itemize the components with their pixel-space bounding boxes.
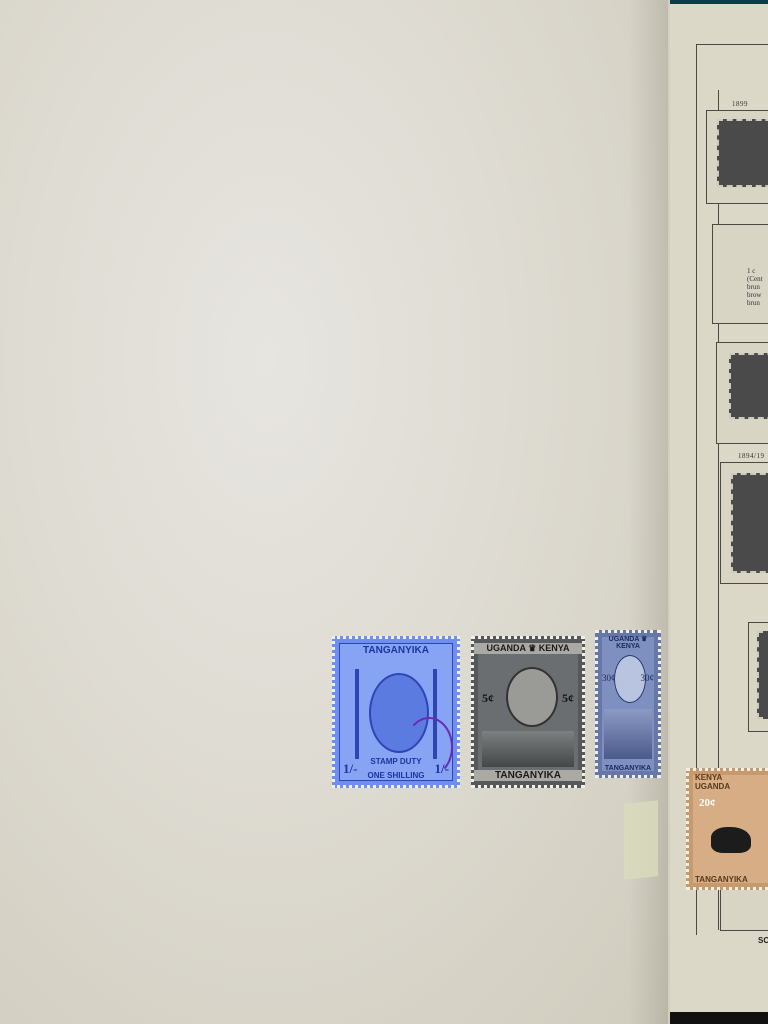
postmark-cancel xyxy=(405,717,453,777)
album-slot xyxy=(748,622,768,732)
stamp-kut-20c-lion: KENYA UGANDA 20¢ TANGANYIKA xyxy=(686,768,768,890)
mounted-stamp xyxy=(757,631,768,719)
lion-icon xyxy=(711,827,751,853)
stamp-ukt-30c: UGANDA ♛ KENYA TANGANYIKA 30¢ 30¢ xyxy=(595,630,661,778)
slot-line: (Cent xyxy=(747,275,763,283)
mounted-stamp xyxy=(729,353,768,419)
stamp-hinge xyxy=(624,800,658,880)
slot-description: 1 c (Cent brun brow brun xyxy=(747,267,763,307)
stamp-country-bottom: TANGANYIKA xyxy=(695,875,768,884)
stamp-country: UGANDA ♛ KENYA xyxy=(598,635,658,650)
slot-line: brun xyxy=(747,283,763,291)
stamp-vignette xyxy=(482,731,574,767)
left-album-page xyxy=(0,0,668,1024)
stamp-country: UGANDA xyxy=(695,782,768,791)
stamp-tanganyika-1-shilling: TANGANYIKA STAMP DUTY ONE SHILLING 1/- 1… xyxy=(332,636,460,788)
year-label: 1899 xyxy=(732,100,748,108)
stamp-value: 1/- xyxy=(343,761,357,777)
mounted-stamp xyxy=(731,473,768,573)
page-footer: SC xyxy=(758,936,768,945)
slot-line: brow xyxy=(747,291,763,299)
stamp-value: 20¢ xyxy=(699,797,716,809)
album-photo: 1899 1 c (Cent brun brow brun 1894/19 SC… xyxy=(0,0,768,1024)
stamp-value: 30¢ xyxy=(602,673,616,683)
album-slot xyxy=(716,342,768,444)
year-label: 1894/19 xyxy=(738,452,764,460)
stamp-country: KENYA xyxy=(695,773,768,782)
stamp-value: 5¢ xyxy=(482,691,494,706)
stamp-country-bottom: TANGANYIKA xyxy=(598,765,658,772)
slot-line: brun xyxy=(747,299,763,307)
portrait-oval xyxy=(506,667,558,727)
album-slot: 1 c (Cent brun brow brun xyxy=(712,224,768,324)
album-slot xyxy=(706,110,768,204)
stamp-ukt-5c: UGANDA ♛ KENYA TANGANYIKA 5¢ 5¢ xyxy=(471,636,585,788)
stamp-vignette xyxy=(604,709,652,759)
stamp-country: TANGANYIKA xyxy=(335,645,457,656)
slot-line: 1 c xyxy=(747,267,763,275)
stamp-value: 30¢ xyxy=(641,673,655,683)
palm-tree-icon xyxy=(355,669,359,759)
stamp-value: 5¢ xyxy=(562,691,574,706)
stamp-country-bottom: TANGANYIKA xyxy=(474,770,582,781)
album-slot xyxy=(720,462,768,584)
mounted-stamp xyxy=(717,119,768,187)
stamp-country: UGANDA ♛ KENYA xyxy=(474,643,582,654)
background-edge xyxy=(668,1012,768,1024)
